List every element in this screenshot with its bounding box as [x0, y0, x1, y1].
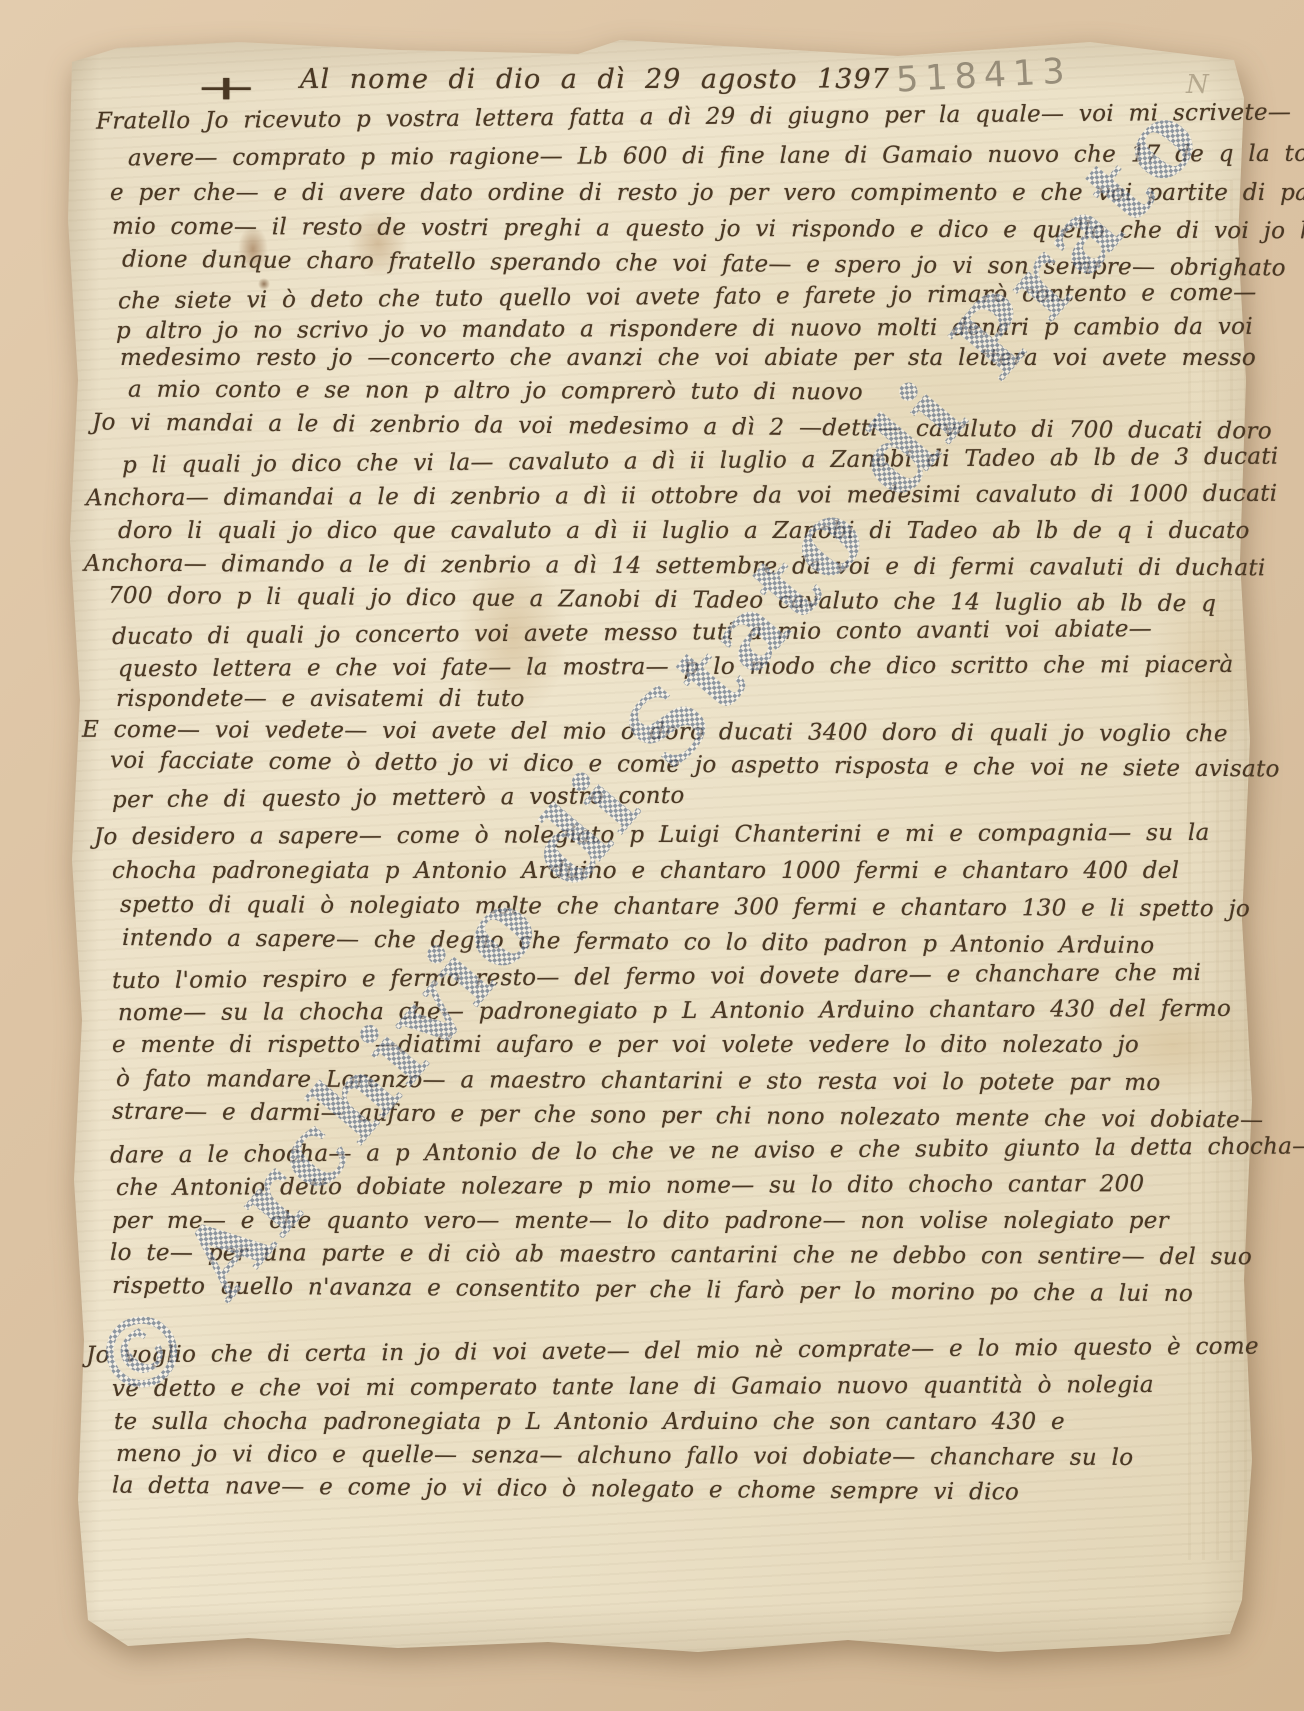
ink-layer: + Al nome di dio a dì 29 agosto 1397 518…	[0, 0, 1304, 1711]
manuscript-line: mio come— il resto de vostri preghi a qu…	[112, 214, 1304, 245]
manuscript-line: nome— su la chocha che— padronegiato p L…	[118, 996, 1231, 1026]
manuscript-line: Anchora— dimandai a le di zenbrio a dì i…	[86, 481, 1277, 512]
manuscript-scan: + Al nome di dio a dì 29 agosto 1397 518…	[0, 0, 1304, 1711]
manuscript-line: e mente di rispetto —diatimi aufaro e pe…	[112, 1032, 1139, 1058]
manuscript-line: 700 doro p li quali jo dico que a Zanobi…	[108, 583, 1216, 618]
manuscript-line: la detta nave— e come jo vi dico ò noleg…	[112, 1473, 1019, 1506]
manuscript-line: Jo vi mandai a le di zenbrio da voi mede…	[92, 409, 1272, 444]
manuscript-line: Fratello Jo ricevuto p vostra lettera fa…	[96, 99, 1291, 134]
manuscript-line: avere— comprato p mio ragione— Lb 600 di…	[128, 141, 1304, 172]
dateline: Al nome di dio a dì 29 agosto 1397	[300, 64, 890, 95]
manuscript-line: che siete vi ò deto che tuto quello voi …	[118, 280, 1257, 315]
manuscript-line: per me— e che quanto vero— mente— lo dit…	[112, 1208, 1169, 1234]
manuscript-line: ve detto e che voi mi comperato tante la…	[112, 1372, 1154, 1402]
manuscript-line: dione dunque charo fratello sperando che…	[122, 247, 1286, 282]
manuscript-line: E come— voi vedete— voi avete del mio o …	[82, 717, 1228, 747]
manuscript-line: meno jo vi dico e quelle— senza— alchuno…	[116, 1441, 1133, 1471]
corner-mark: N	[1186, 70, 1209, 100]
manuscript-line: Anchora— dimando a le di zenbrio a dì 14…	[84, 551, 1266, 582]
invocation-cross: +	[193, 68, 259, 108]
manuscript-line: dare a le chocha— a p Antonio de lo che …	[110, 1133, 1304, 1168]
manuscript-line: medesimo resto jo —concerto che avanzi c…	[120, 345, 1256, 371]
manuscript-line: ducato di quali jo concerto voi avete me…	[112, 616, 1152, 650]
manuscript-line: Jo voglio che di certa in jo di voi avet…	[86, 1333, 1259, 1368]
manuscript-line: ò fato mandare Lorenzo— a maestro chanta…	[116, 1066, 1161, 1096]
manuscript-line: per che di questo jo metterò a vostro co…	[112, 783, 685, 813]
manuscript-line: p li quali jo dico che vi la— cavaluto a…	[122, 444, 1279, 479]
manuscript-line: strare— e darmi— aufaro e per che sono p…	[112, 1099, 1264, 1134]
manuscript-line: p altro jo no scrivo jo vo mandato a ris…	[116, 314, 1253, 344]
manuscript-line: doro li quali jo dico que cavaluto a dì …	[118, 518, 1250, 544]
manuscript-line: Jo desidero a sapere— come ò nolegiato p…	[94, 820, 1210, 850]
manuscript-line: rispondete— e avisatemi di tuto	[116, 686, 525, 712]
manuscript-line: tuto l'omio respiro e fermo resto— del f…	[112, 960, 1201, 994]
manuscript-line: lo te— per una parte e di ciò ab maestro…	[110, 1240, 1252, 1270]
manuscript-line: te sulla chocha padronegiata p L Antonio…	[114, 1409, 1065, 1435]
manuscript-line: e per che— e di avere dato ordine di res…	[110, 180, 1304, 206]
manuscript-line: a mio conto e se non p altro jo comprerò…	[128, 377, 863, 406]
manuscript-line: che Antonio detto dobiate nolezare p mio…	[116, 1171, 1145, 1201]
manuscript-line: chocha padronegiata p Antonio Arduino e …	[112, 858, 1179, 884]
manuscript-line: voi facciate come ò detto jo vi dico e c…	[110, 748, 1280, 783]
archive-number-pencil: 518413	[895, 51, 1072, 100]
manuscript-line: rispetto quello n'avanza e consentito pe…	[112, 1273, 1193, 1307]
manuscript-line: questo lettera e che voi fate— la mostra…	[118, 652, 1234, 682]
manuscript-line: intendo a sapere— che degno che fermato …	[122, 925, 1155, 959]
manuscript-line: spetto di quali ò nolegiato molte che ch…	[120, 892, 1250, 922]
